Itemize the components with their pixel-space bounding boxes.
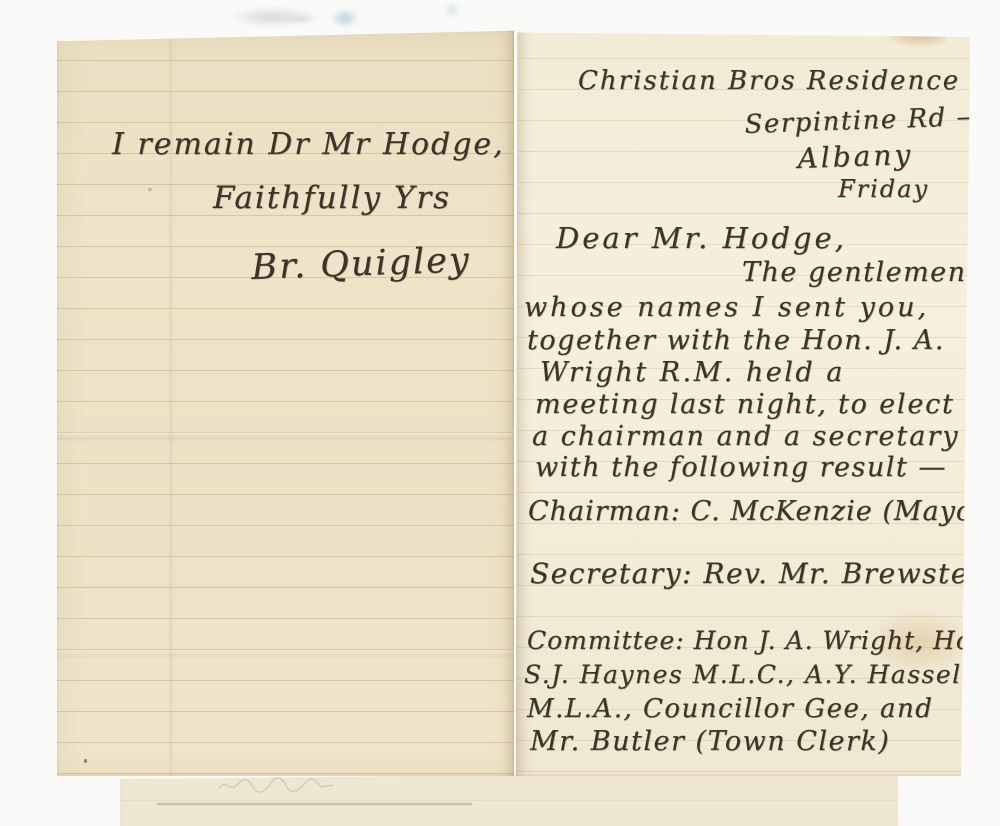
salutation: Dear Mr. Hodge, bbox=[556, 224, 847, 253]
body-line: a chairman and a secretary bbox=[532, 423, 959, 450]
horizontal-fold-crease bbox=[57, 650, 514, 657]
closing-line: Faithfully Yrs bbox=[213, 183, 451, 214]
blue-ink-smudge bbox=[331, 8, 359, 28]
result-secretary-line: Secretary: Rev. Mr. Brewster bbox=[530, 560, 984, 588]
letterhead-date-line: Friday bbox=[838, 177, 929, 201]
closing-line: I remain Dr Mr Hodge, bbox=[112, 130, 505, 160]
ink-speck bbox=[84, 759, 87, 763]
faint-rule-line bbox=[157, 803, 472, 805]
gray-streak-smudge bbox=[282, 14, 322, 24]
rust-spot bbox=[147, 187, 153, 192]
corner-stain bbox=[882, 28, 946, 48]
letter-left-page: I remain Dr Mr Hodge, Faithfully Yrs Br.… bbox=[57, 30, 514, 776]
letterhead-address-line: Christian Bros Residence bbox=[578, 68, 960, 94]
committee-line: S.J. Haynes M.L.C., A.Y. Hassell, bbox=[524, 662, 981, 687]
body-line: together with the Hon. J. A. bbox=[527, 327, 945, 354]
blue-ink-smudge-small bbox=[444, 2, 460, 18]
scanned-letter: { "letter": { "colors": { "ink": "#3d332… bbox=[0, 0, 1000, 826]
body-line: The gentlemen, bbox=[742, 259, 977, 286]
letterhead-address-line: Serpintine Rd — bbox=[744, 104, 984, 138]
body-line: meeting last night, to elect bbox=[535, 391, 955, 418]
faint-offset-writing bbox=[215, 773, 365, 799]
committee-line: M.L.A., Councillor Gee, and bbox=[527, 696, 933, 722]
underlying-sheet bbox=[120, 770, 898, 826]
committee-line: Mr. Butler (Town Clerk) bbox=[530, 728, 890, 755]
body-line: with the following result — bbox=[535, 454, 947, 481]
body-line: whose names I sent you, bbox=[524, 294, 929, 321]
signature: Br. Quigley bbox=[251, 243, 471, 286]
result-chairman-line: Chairman: C. McKenzie (Mayor) bbox=[528, 498, 999, 525]
body-line: Wright R.M. held a bbox=[540, 359, 845, 386]
committee-line: Committee: Hon J. A. Wright, Hon, bbox=[527, 628, 998, 653]
letterhead-city-line: Albany bbox=[797, 141, 914, 173]
horizontal-fold-crease bbox=[57, 432, 514, 440]
letter-right-page: Christian Bros Residence Serpintine Rd —… bbox=[516, 28, 972, 776]
